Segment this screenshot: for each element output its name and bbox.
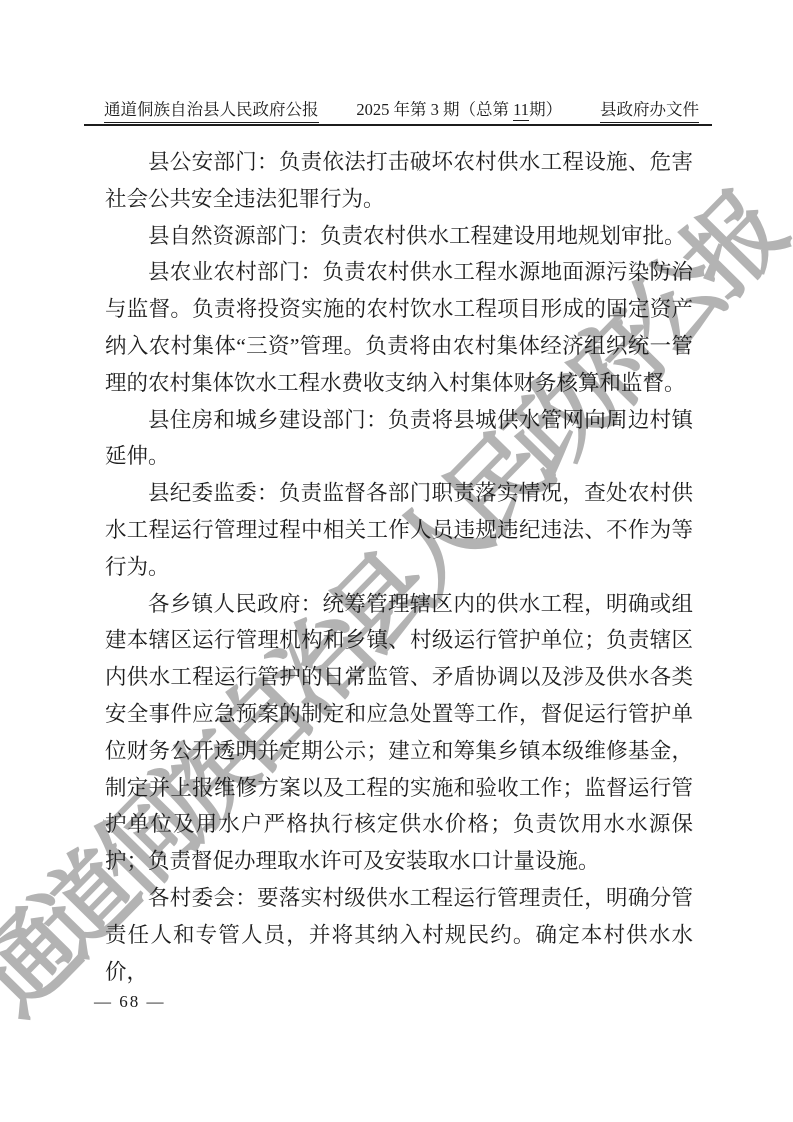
page-number: — 68 — <box>94 992 166 1012</box>
paragraph-public-security: 县公安部门：负责依法打击破坏农村供水工程设施、危害社会公共安全违法犯罪行为。 <box>105 144 693 218</box>
header-issue-prefix: 2025 年第 3 期（总第 <box>356 100 513 119</box>
paragraph-housing-construction: 县住房和城乡建设部门：负责将县城供水管网向周边村镇延伸。 <box>105 402 693 476</box>
header-issue-suffix: 期） <box>529 100 562 119</box>
paragraph-township-governments: 各乡镇人民政府：统筹管理辖区内的供水工程，明确或组建本辖区运行管理机构和乡镇、村… <box>105 586 693 880</box>
header-issue-info: 2025 年第 3 期（总第 11期） <box>356 96 562 120</box>
page-header: 通道侗族自治县人民政府公报 2025 年第 3 期（总第 11期） 县政府办文件 <box>84 96 712 123</box>
header-gazette-title: 通道侗族自治县人民政府公报 <box>104 96 319 123</box>
header-rule <box>84 124 712 126</box>
document-body: 县公安部门：负责依法打击破坏农村供水工程设施、危害社会公共安全违法犯罪行为。 县… <box>105 144 693 990</box>
paragraph-discipline-inspection: 县纪委监委：负责监督各部门职责落实情况，查处农村供水工程运行管理过程中相关工作人… <box>105 475 693 585</box>
paragraph-agriculture-rural: 县农业农村部门：负责农村供水工程水源地面源污染防治与监督。负责将投资实施的农村饮… <box>105 254 693 401</box>
paragraph-village-committees: 各村委会：要落实村级供水工程运行管理责任，明确分管责任人和专管人员，并将其纳入村… <box>105 880 693 990</box>
document-page: 通道侗族自治县人民政府公报 通道侗族自治县人民政府公报 2025 年第 3 期（… <box>0 0 793 1122</box>
header-issue-number: 11 <box>513 100 529 121</box>
header-doc-category: 县政府办文件 <box>600 96 699 123</box>
paragraph-natural-resources: 县自然资源部门：负责农村供水工程建设用地规划审批。 <box>105 218 693 255</box>
